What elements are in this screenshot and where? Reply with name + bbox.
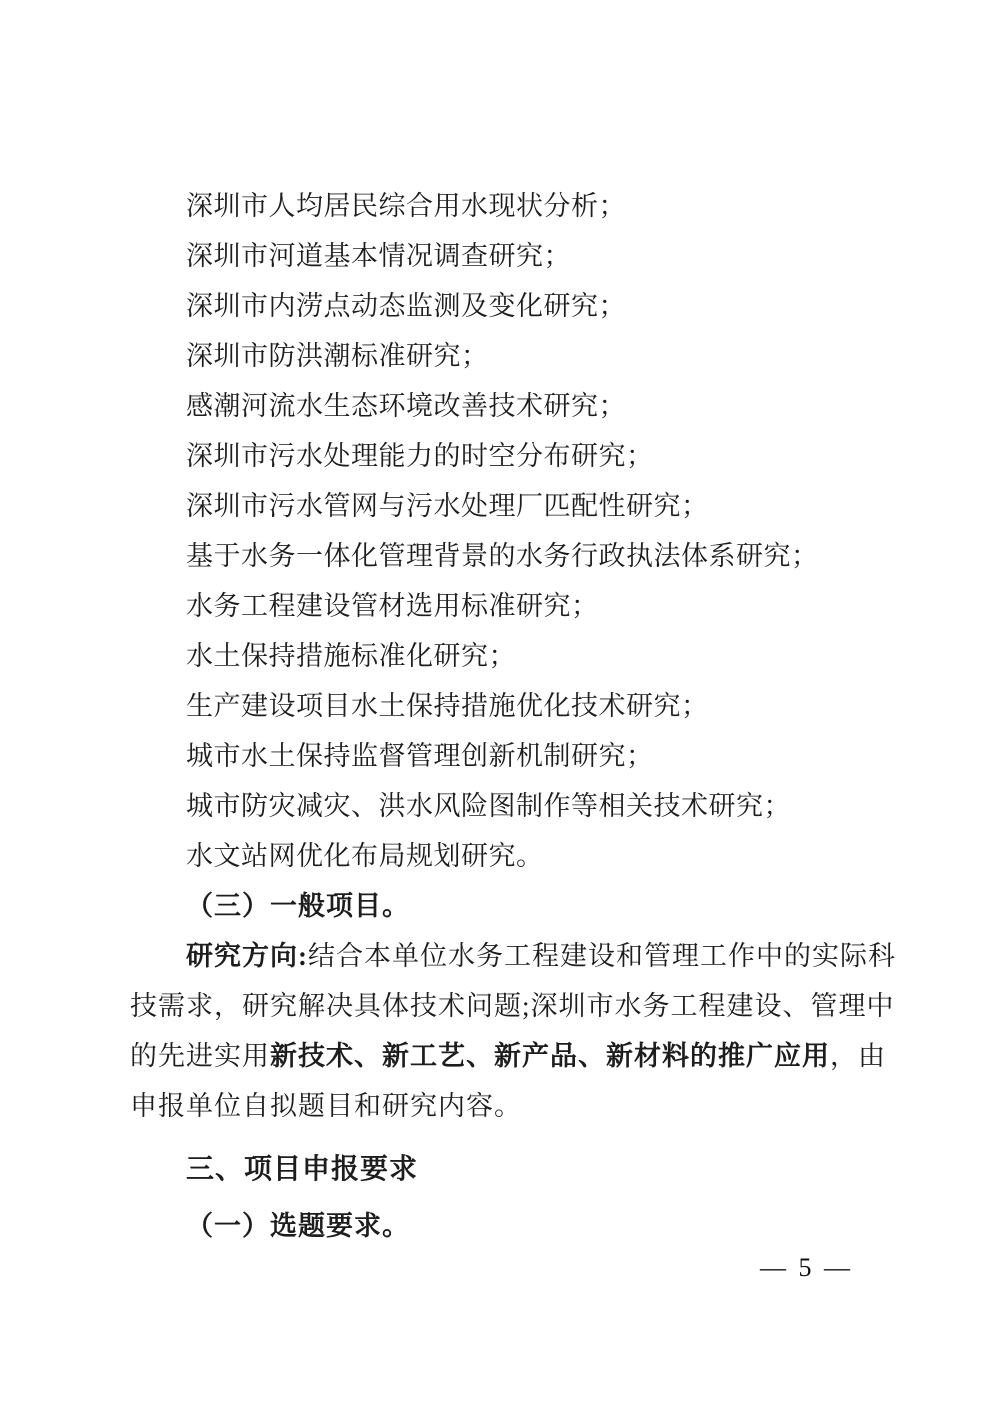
list-item: 生产建设项目水土保持措施优化技术研究；: [130, 681, 885, 731]
paragraph-line: 技需求，研究解决具体技术问题;深圳市水务工程建设、管理中: [130, 981, 885, 1031]
paragraph-line: 研究方向:结合本单位水务工程建设和管理工作中的实际科: [130, 931, 885, 981]
paragraph-text: 结合本单位水务工程建设和管理工作中的实际科: [308, 941, 896, 971]
section-heading-general-projects: （三）一般项目。: [130, 881, 885, 931]
research-direction-label: 研究方向:: [186, 941, 308, 971]
paragraph-research-direction: 研究方向:结合本单位水务工程建设和管理工作中的实际科 技需求，研究解决具体技术问…: [130, 931, 885, 1131]
list-item: 水务工程建设管材选用标准研究；: [130, 581, 885, 631]
list-item: 水土保持措施标准化研究；: [130, 631, 885, 681]
document-content: 深圳市人均居民综合用水现状分析； 深圳市河道基本情况调查研究； 深圳市内涝点动态…: [130, 181, 885, 1251]
list-item: 感潮河流水生态环境改善技术研究；: [130, 381, 885, 431]
emphasized-terms: 新技术、新工艺、新产品、新材料的推广应用: [270, 1041, 830, 1071]
paragraph-line: 申报单位自拟题目和研究内容。: [130, 1081, 885, 1131]
document-page: 深圳市人均居民综合用水现状分析； 深圳市河道基本情况调查研究； 深圳市内涝点动态…: [0, 0, 1000, 1415]
heading-project-application-requirements: 三、项目申报要求: [130, 1144, 885, 1194]
list-item: 深圳市防洪潮标准研究；: [130, 331, 885, 381]
page-number: — 5 —: [760, 1253, 853, 1283]
list-item: 城市水土保持监督管理创新机制研究；: [130, 731, 885, 781]
list-item: 深圳市内涝点动态监测及变化研究；: [130, 281, 885, 331]
list-item: 深圳市污水管网与污水处理厂匹配性研究；: [130, 481, 885, 531]
list-item: 深圳市人均居民综合用水现状分析；: [130, 181, 885, 231]
list-item: 水文站网优化布局规划研究。: [130, 831, 885, 881]
paragraph-text: ，由: [830, 1041, 886, 1071]
research-topic-list: 深圳市人均居民综合用水现状分析； 深圳市河道基本情况调查研究； 深圳市内涝点动态…: [130, 181, 885, 881]
heading-topic-selection-requirements: （一）选题要求。: [130, 1201, 885, 1251]
paragraph-text: 的先进实用: [130, 1041, 270, 1071]
list-item: 深圳市污水处理能力的时空分布研究；: [130, 431, 885, 481]
list-item: 城市防灾减灾、洪水风险图制作等相关技术研究；: [130, 781, 885, 831]
list-item: 深圳市河道基本情况调查研究；: [130, 231, 885, 281]
paragraph-line: 的先进实用新技术、新工艺、新产品、新材料的推广应用，由: [130, 1031, 885, 1081]
list-item: 基于水务一体化管理背景的水务行政执法体系研究；: [130, 531, 885, 581]
